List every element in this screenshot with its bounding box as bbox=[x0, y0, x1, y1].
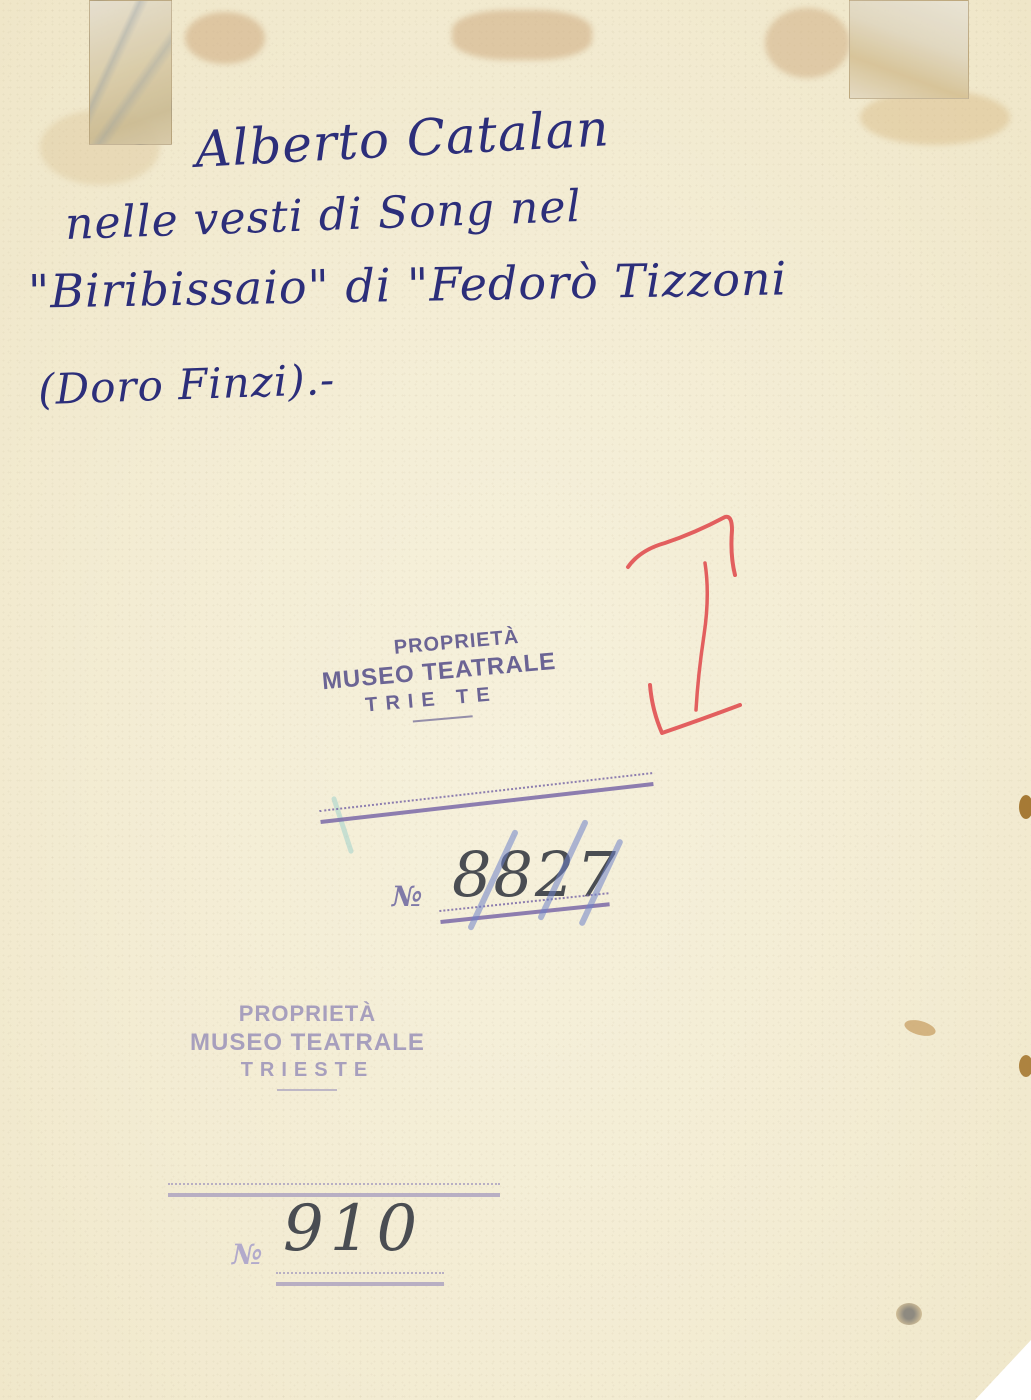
tape-remnant-left bbox=[89, 0, 172, 145]
inventory-number: 910 bbox=[283, 1192, 423, 1266]
foxing-spot bbox=[1019, 795, 1031, 819]
stain bbox=[765, 8, 850, 78]
stamp-line: PROPRIETÀ bbox=[190, 1000, 425, 1028]
ruled-line bbox=[319, 772, 653, 824]
foxing-spot bbox=[903, 1017, 938, 1039]
stain bbox=[185, 12, 265, 64]
ruled-line bbox=[276, 1272, 444, 1286]
handwriting-line: "Biribissaio" di "Fedorò Tizzoni bbox=[28, 251, 788, 318]
stamp-underline bbox=[277, 1089, 337, 1091]
handwriting-line: (Doro Finzi).- bbox=[37, 355, 336, 414]
handwriting-line: Alberto Catalan bbox=[194, 99, 611, 179]
foxing-spot bbox=[1019, 1055, 1031, 1077]
stain bbox=[452, 10, 592, 60]
pencil-mark bbox=[331, 796, 354, 855]
document-page: Alberto Catalan nelle vesti di Song nel … bbox=[0, 0, 1031, 1400]
handwriting-line: nelle vesti di Song nel bbox=[64, 181, 582, 250]
foxing-spot bbox=[896, 1303, 922, 1325]
stamp-underline bbox=[413, 715, 473, 722]
stamp-line: TRIESTE bbox=[190, 1058, 425, 1083]
tape-remnant-right bbox=[849, 0, 969, 99]
museum-stamp-top: PROPRIETÀ MUSEO TEATRALE TRIE TE bbox=[319, 622, 561, 730]
numero-sign: № bbox=[392, 880, 422, 913]
museum-stamp-bottom: PROPRIETÀ MUSEO TEATRALE TRIESTE bbox=[190, 1000, 425, 1091]
numero-sign: № bbox=[232, 1238, 262, 1271]
red-crayon-mark bbox=[620, 505, 750, 745]
stamp-line: MUSEO TEATRALE bbox=[190, 1028, 425, 1058]
